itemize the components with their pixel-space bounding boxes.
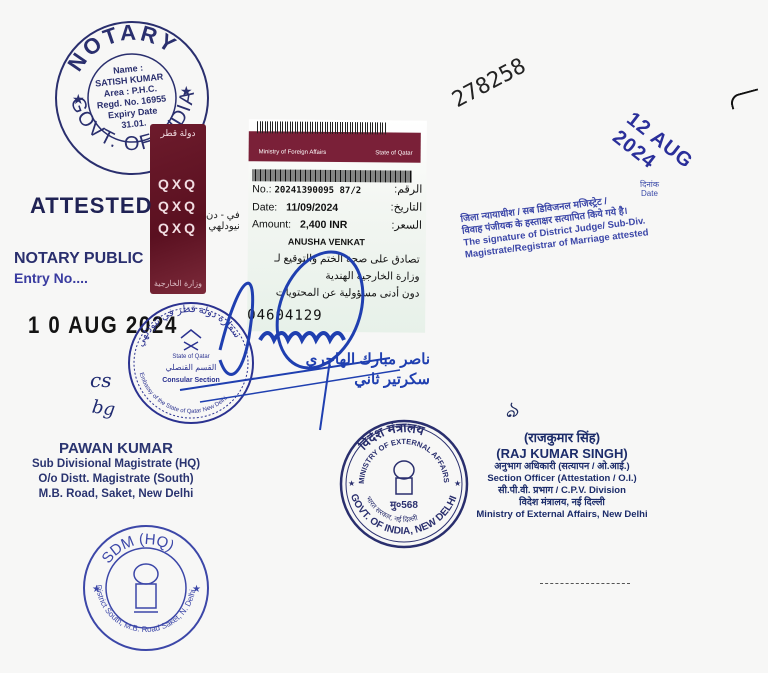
sticker-date-row: Date: 11/09/2024 [252, 201, 338, 214]
side-arabic: في - دن نيودلهي [206, 210, 240, 232]
sticker-header-band: Ministry of Foreign Affairs State of Qat… [249, 131, 421, 162]
star-icon: ★ [180, 83, 193, 99]
tick-mark-icon [729, 88, 762, 109]
barcode-icon [257, 121, 387, 134]
initials-signature: cs [90, 368, 111, 392]
signature-scribble [160, 240, 440, 440]
notary-public-stamp: NOTARY PUBLIC [14, 250, 143, 268]
serial-number: 278258 [448, 54, 530, 113]
district-judge-attestation-stamp: जिला न्यायाधीश / सब डिविजनल मजिस्ट्रेट /… [460, 185, 704, 262]
arabic-signatory: ناصر مبارك الهاجري سكرتير ثاني [300, 350, 430, 390]
attested-stamp: ATTESTED [30, 193, 152, 219]
barcode-icon [252, 169, 412, 182]
national-emblem-icon [134, 564, 158, 612]
sdm-stamp: SDM (HQ) District South, M.B. Road Saket… [80, 522, 212, 654]
national-emblem-icon [394, 461, 414, 494]
mea-seal: विदेश मंत्रालय MINISTRY OF EXTERNAL AFFA… [338, 418, 470, 550]
sticker-amount-row: Amount: 2,400 INR [252, 218, 347, 231]
mea-officer-signature: ঌ [505, 393, 518, 430]
mea-officer-block: (राजकुमार सिंह) (RAJ KUMAR SINGH) अनुभाग… [462, 428, 662, 521]
svg-text:★: ★ [454, 479, 461, 488]
svg-text:★: ★ [192, 584, 201, 595]
initials-signature: bg [91, 396, 117, 420]
star-icon: ★ [72, 91, 85, 107]
sdm-officer-block: PAWAN KUMAR Sub Divisional Magistrate (H… [6, 440, 226, 502]
svg-text:★: ★ [348, 479, 355, 488]
svg-text:District South, M.B. Road Sake: District South, M.B. Road Saket, N. Delh… [94, 584, 197, 634]
sticker-number-row: No.: 20241390095 87/2 [252, 183, 361, 196]
svg-text:मु०568: मु०568 [389, 500, 418, 511]
svg-text:★: ★ [92, 584, 101, 595]
divider-line [540, 583, 630, 584]
entry-number: Entry No.... [14, 270, 88, 286]
